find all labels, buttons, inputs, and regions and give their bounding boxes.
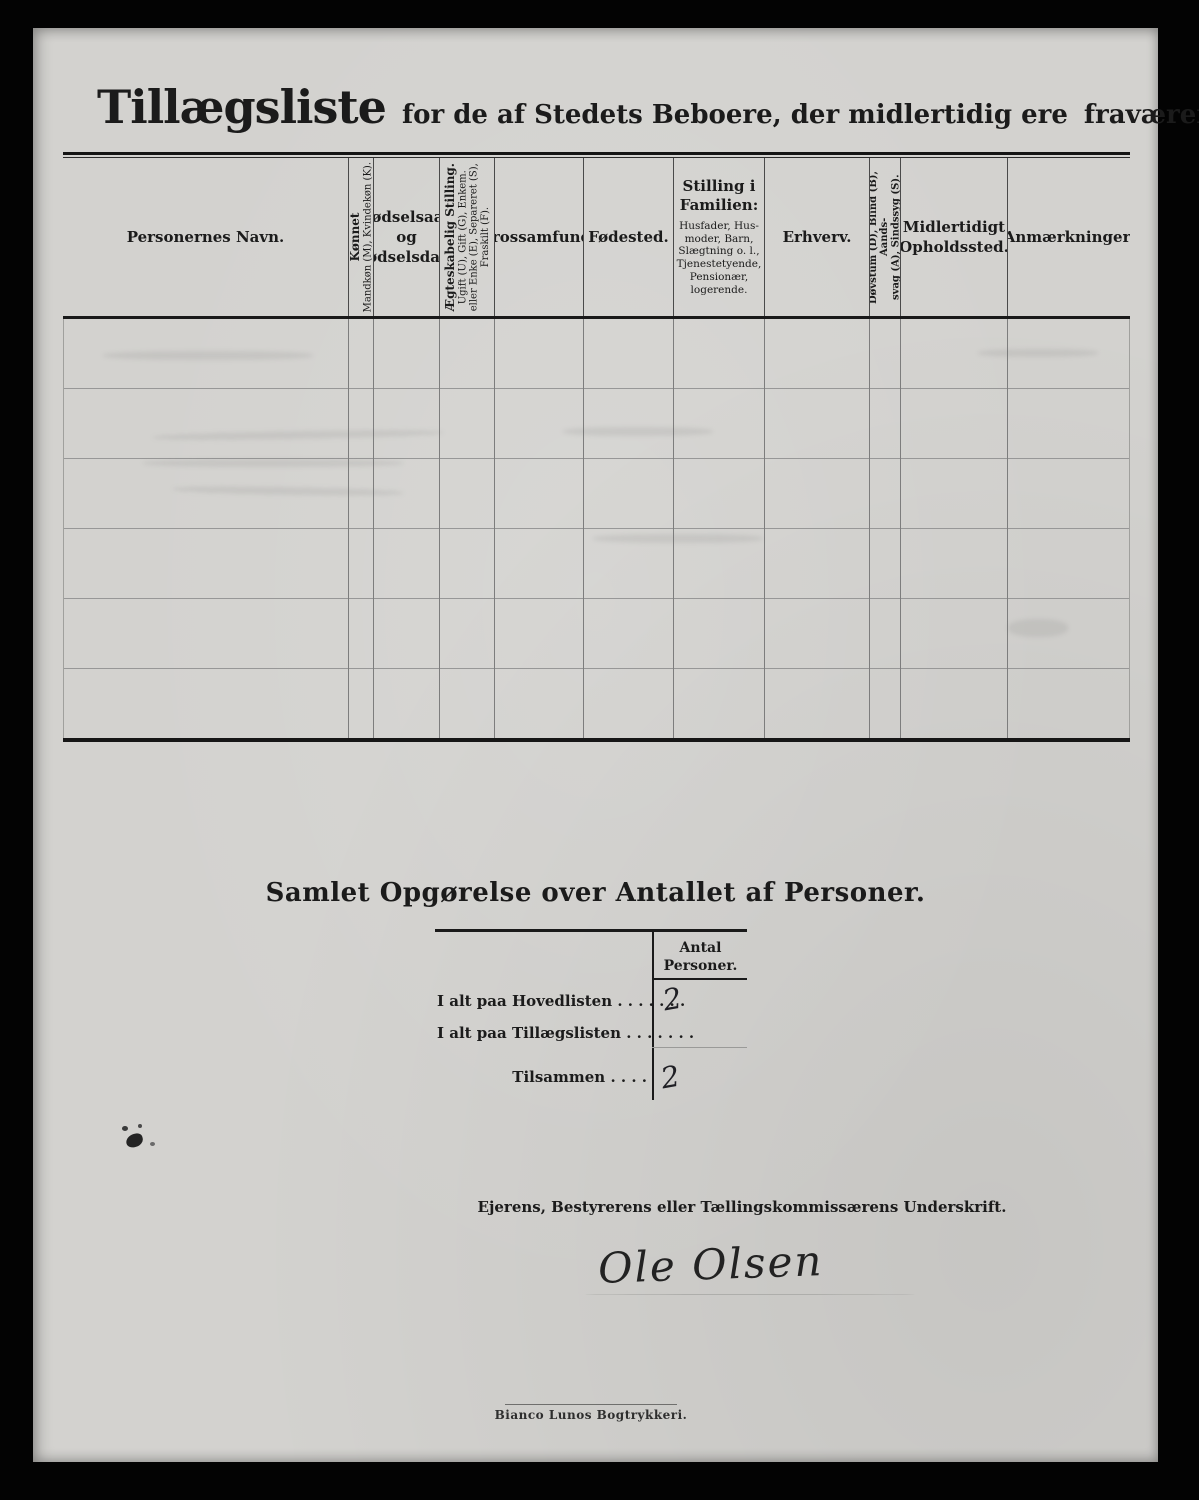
supplement-list-table: Personernes Navn. Kønnet Mandkøn (M), Kv… — [63, 152, 1130, 742]
table-row — [63, 529, 1130, 599]
handwritten-signature: Ole Olsen — [597, 1236, 824, 1293]
summary-col-header: Antal Personer. — [654, 940, 747, 975]
col-header-remarks: Anmærkninger. — [1007, 158, 1130, 316]
scanned-census-page: Tillægsliste for de af Stedets Beboere, … — [33, 28, 1158, 1462]
table-column-line — [673, 319, 674, 738]
table-column-line — [1007, 319, 1008, 738]
table-body — [63, 319, 1130, 742]
table-column-line — [373, 319, 374, 738]
table-row — [63, 669, 1130, 738]
table-row — [63, 389, 1130, 459]
table-column-line — [583, 319, 584, 738]
col-header-name: Personernes Navn. — [63, 158, 348, 316]
page-title-main: Tillægsliste — [97, 80, 386, 134]
ink-smudge — [118, 1124, 158, 1158]
page-title-subtitle: for de af Stedets Beboere, der midlertid… — [402, 100, 1068, 130]
col-header-religion: Trossamfund. — [494, 158, 583, 316]
col-header-marital-status: Ægteskabelig Stilling. Ugift (U), Gift (… — [439, 158, 494, 316]
table-column-line — [764, 319, 765, 738]
summary-col-header-rule — [652, 978, 747, 980]
summary-row-supplement-list: I alt paa Tillægslisten . . . . . . . — [437, 1024, 694, 1042]
col-header-sex: Kønnet Mandkøn (M), Kvindekøn (K). — [348, 158, 373, 316]
signature-underline — [585, 1294, 915, 1295]
table-column-line — [869, 319, 870, 738]
printer-rule — [505, 1404, 677, 1405]
signature-label: Ejerens, Bestyrerens eller Tællingskommi… — [342, 1198, 1142, 1216]
table-row — [63, 459, 1130, 529]
handwritten-total-count: 2 — [658, 1059, 682, 1096]
table-column-line — [348, 319, 349, 738]
table-row — [63, 319, 1130, 389]
table-row — [63, 599, 1130, 669]
summary-title: Samlet Opgørelse over Antallet af Person… — [33, 878, 1158, 908]
table-column-line — [494, 319, 495, 738]
printer-imprint: Bianco Lunos Bogtrykkeri. — [441, 1408, 741, 1422]
col-header-occupation: Erhverv. — [764, 158, 869, 316]
table-column-line — [63, 319, 64, 738]
summary-row-total: Tilsammen . . . . — [435, 1068, 647, 1086]
handwritten-main-list-count: 2 — [660, 981, 684, 1018]
summary-sum-rule — [652, 1047, 747, 1048]
col-header-family-position: Stilling i Familien: Husfader, Hus- mode… — [673, 158, 764, 316]
col-header-temporary-residence: Midlertidigt Opholdssted. — [900, 158, 1007, 316]
col-header-disabilities: Døvstum (D), Blind (B), Aands- svag (A),… — [869, 158, 900, 316]
summary-row-main-list: I alt paa Hovedlisten . . . . . . . — [437, 992, 685, 1010]
col-header-birthdate: Fødselsaar og Fødselsdag. — [373, 158, 439, 316]
page-title: Tillægsliste for de af Stedets Beboere, … — [97, 80, 1127, 134]
table-column-line — [439, 319, 440, 738]
table-column-line — [900, 319, 901, 738]
table-column-line — [1129, 319, 1130, 738]
col-header-birthplace: Fødested. — [583, 158, 673, 316]
table-header-row: Personernes Navn. Kønnet Mandkøn (M), Kv… — [63, 158, 1130, 319]
page-title-subtitle-bold: fraværende. — [1084, 100, 1199, 130]
summary-table: Antal Personer. I alt paa Hovedlisten . … — [435, 929, 747, 1100]
